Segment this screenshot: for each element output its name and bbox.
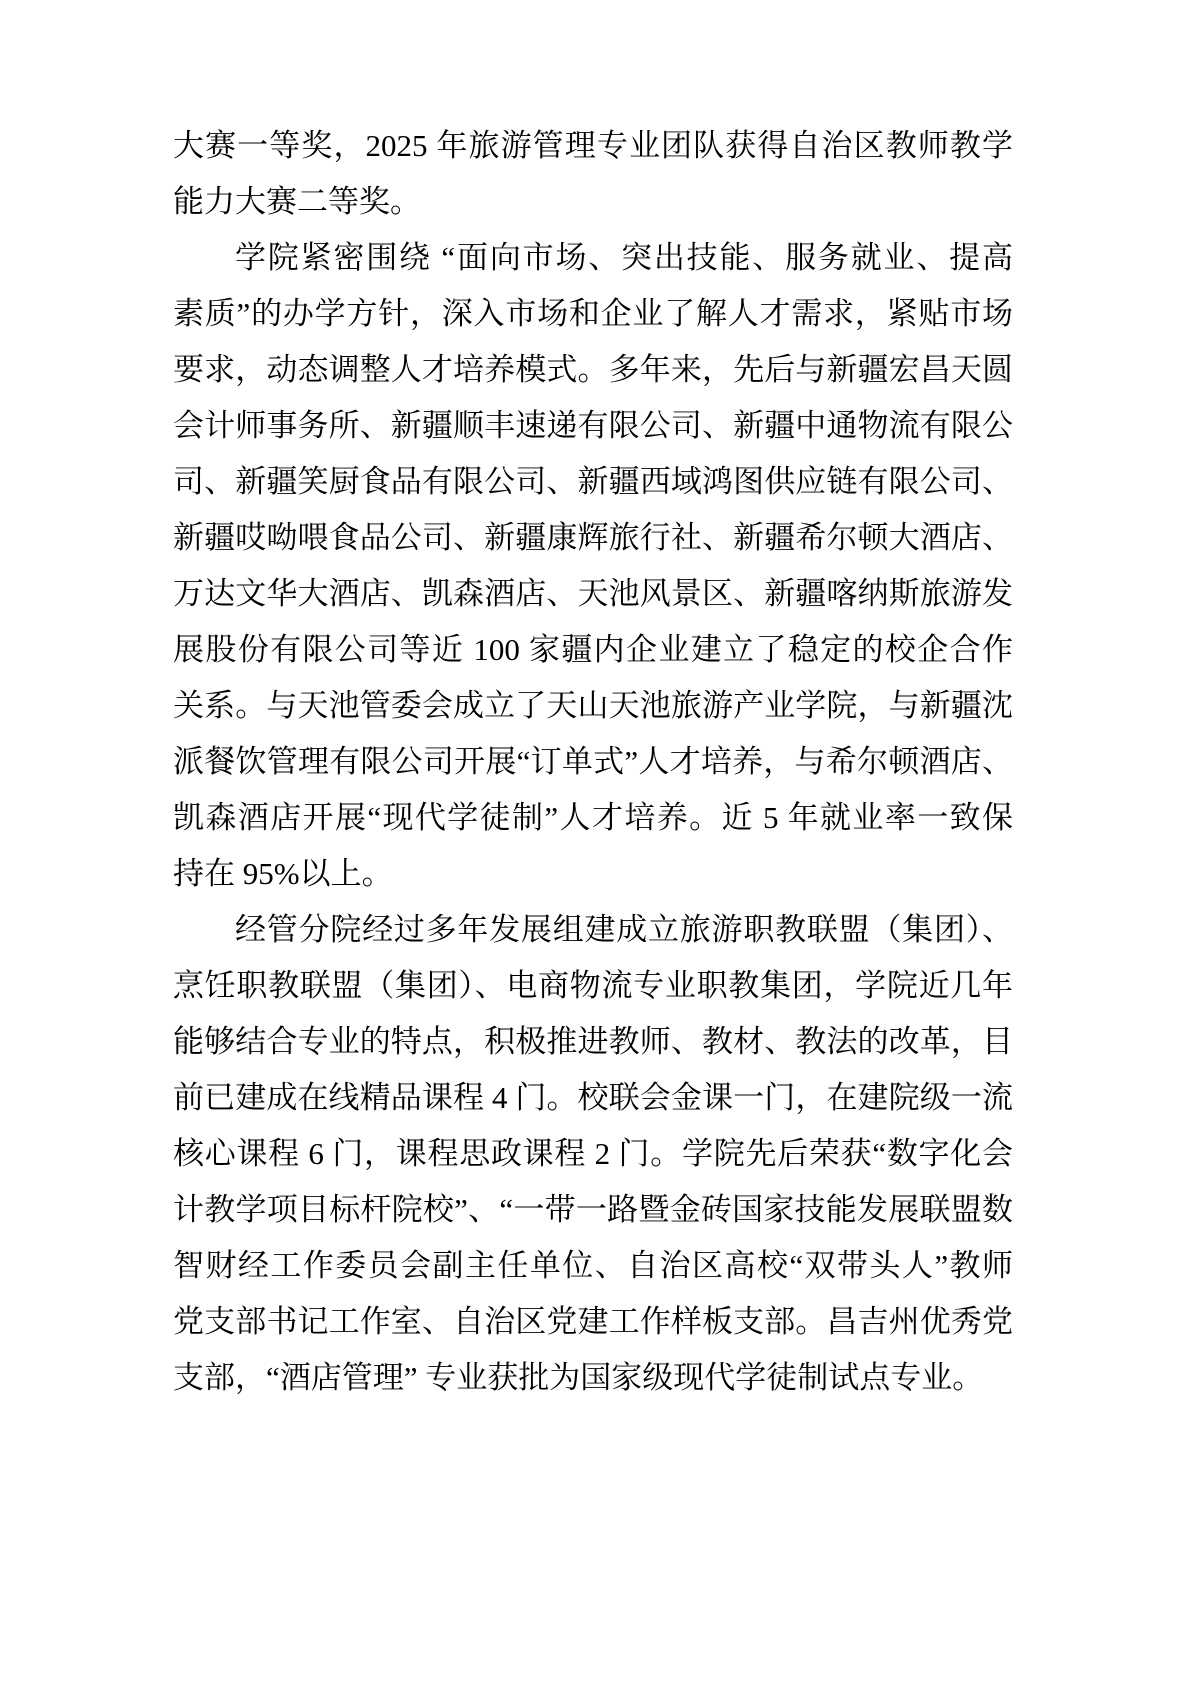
text-line: 凯森酒店开展“现代学徒制”人才培养。近 5 年就业率一致保 — [173, 790, 1013, 846]
text-line: 党支部书记工作室、自治区党建工作样板支部。昌吉州优秀党 — [173, 1294, 1013, 1350]
text-line: 核心课程 6 门，课程思政课程 2 门。学院先后荣获“数字化会 — [173, 1126, 1013, 1182]
text-line: 要求，动态调整人才培养模式。多年来，先后与新疆宏昌天圆 — [173, 342, 1013, 398]
text-line: 经管分院经过多年发展组建成立旅游职教联盟（集团）、 — [173, 902, 1013, 958]
text-line: 计教学项目标杆院校”、“一带一路暨金砖国家技能发展联盟数 — [173, 1182, 1013, 1238]
text-line: 展股份有限公司等近 100 家疆内企业建立了稳定的校企合作 — [173, 622, 1013, 678]
document-body: 大赛一等奖，2025 年旅游管理专业团队获得自治区教师教学能力大赛二等奖。学院紧… — [173, 118, 1013, 1406]
text-line: 前已建成在线精品课程 4 门。校联会金课一门，在建院级一流 — [173, 1070, 1013, 1126]
text-line: 大赛一等奖，2025 年旅游管理专业团队获得自治区教师教学 — [173, 118, 1013, 174]
text-line: 能力大赛二等奖。 — [173, 174, 1013, 230]
text-line: 会计师事务所、新疆顺丰速递有限公司、新疆中通物流有限公 — [173, 398, 1013, 454]
text-line: 万达文华大酒店、凯森酒店、天池风景区、新疆喀纳斯旅游发 — [173, 566, 1013, 622]
text-line: 关系。与天池管委会成立了天山天池旅游产业学院，与新疆沈 — [173, 678, 1013, 734]
text-line: 司、新疆笑厨食品有限公司、新疆西域鸿图供应链有限公司、 — [173, 454, 1013, 510]
text-line: 新疆哎呦喂食品公司、新疆康辉旅行社、新疆希尔顿大酒店、 — [173, 510, 1013, 566]
text-line: 派餐饮管理有限公司开展“订单式”人才培养，与希尔顿酒店、 — [173, 734, 1013, 790]
text-line: 学院紧密围绕 “面向市场、突出技能、服务就业、提高 — [173, 230, 1013, 286]
text-line: 智财经工作委员会副主任单位、自治区高校“双带头人”教师 — [173, 1238, 1013, 1294]
text-line: 素质”的办学方针，深入市场和企业了解人才需求，紧贴市场 — [173, 286, 1013, 342]
text-line: 能够结合专业的特点，积极推进教师、教材、教法的改革，目 — [173, 1014, 1013, 1070]
text-line: 持在 95%以上。 — [173, 846, 1013, 902]
text-line: 支部，“酒店管理” 专业获批为国家级现代学徒制试点专业。 — [173, 1350, 1013, 1406]
document-page: 大赛一等奖，2025 年旅游管理专业团队获得自治区教师教学能力大赛二等奖。学院紧… — [0, 0, 1191, 1684]
text-line: 烹饪职教联盟（集团）、电商物流专业职教集团，学院近几年 — [173, 958, 1013, 1014]
